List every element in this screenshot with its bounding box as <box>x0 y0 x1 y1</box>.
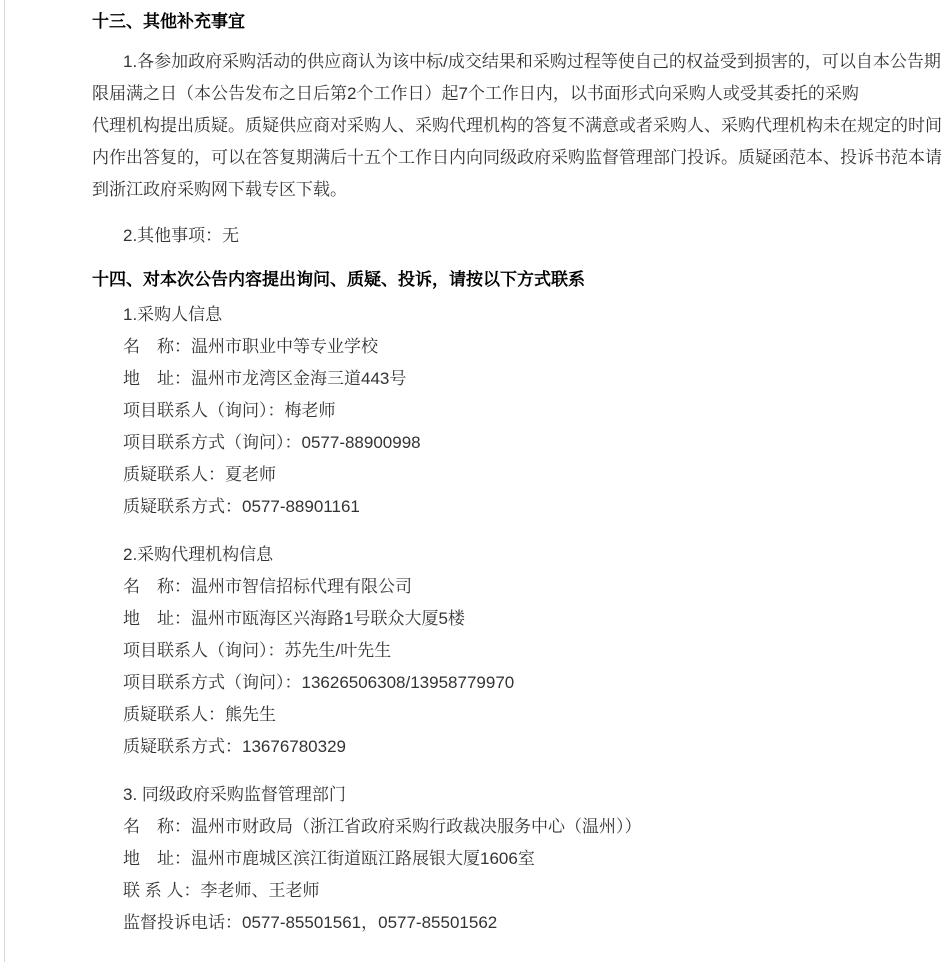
info-row-address: 地 址：温州市鹿城区滨江街道瓯江路展银大厦1606室 <box>92 843 947 875</box>
info-row-query-contact: 质疑联系人：熊先生 <box>92 699 947 731</box>
info-row-name: 名 称：温州市智信招标代理有限公司 <box>92 571 947 603</box>
paragraph-line: 内作出答复的，可以在答复期满后十五个工作日内向同级政府采购监督管理部门投诉。质疑… <box>92 142 947 174</box>
info-row-project-contact: 项目联系人（询问）：梅老师 <box>92 395 947 427</box>
info-row-complaint-phone: 监督投诉电话：0577-85501561，0577-85501562 <box>92 907 947 939</box>
purchaser-info-block: 1.采购人信息 名 称：温州市职业中等专业学校 地 址：温州市龙湾区金海三道44… <box>92 299 947 523</box>
block-heading: 3. 同级政府采购监督管理部门 <box>92 779 947 811</box>
section-13-paragraph: 1.各参加政府采购活动的供应商认为该中标/成交结果和采购过程等使自己的权益受到损… <box>92 46 947 206</box>
paragraph-line: 到浙江政府采购网下载专区下载。 <box>92 174 947 206</box>
info-row-query-contact: 质疑联系人：夏老师 <box>92 459 947 491</box>
info-row-project-phone: 项目联系方式（询问）：0577-88900998 <box>92 427 947 459</box>
other-items-line: 2.其他事项：无 <box>92 220 947 252</box>
info-row-query-phone: 质疑联系方式：0577-88901161 <box>92 491 947 523</box>
announcement-content: 十三、其他补充事宜 1.各参加政府采购活动的供应商认为该中标/成交结果和采购过程… <box>0 0 949 939</box>
info-row-query-phone: 质疑联系方式：13676780329 <box>92 731 947 763</box>
info-row-name: 名 称：温州市职业中等专业学校 <box>92 331 947 363</box>
block-heading: 2.采购代理机构信息 <box>92 539 947 571</box>
paragraph-line: 限届满之日（本公告发布之日后第2个工作日）起7个工作日内，以书面形式向采购人或受… <box>92 78 947 110</box>
supervisor-info-block: 3. 同级政府采购监督管理部门 名 称：温州市财政局（浙江省政府采购行政裁决服务… <box>92 779 947 939</box>
section-14-title: 十四、对本次公告内容提出询问、质疑、投诉，请按以下方式联系 <box>92 264 947 296</box>
agency-info-block: 2.采购代理机构信息 名 称：温州市智信招标代理有限公司 地 址：温州市瓯海区兴… <box>92 539 947 763</box>
section-13-title: 十三、其他补充事宜 <box>92 6 947 38</box>
info-row-contact-person: 联 系 人：李老师、王老师 <box>92 875 947 907</box>
info-row-project-contact: 项目联系人（询问）：苏先生/叶先生 <box>92 635 947 667</box>
paragraph-line: 1.各参加政府采购活动的供应商认为该中标/成交结果和采购过程等使自己的权益受到损… <box>92 46 947 78</box>
info-row-address: 地 址：温州市瓯海区兴海路1号联众大厦5楼 <box>92 603 947 635</box>
announcement-page: 十三、其他补充事宜 1.各参加政府采购活动的供应商认为该中标/成交结果和采购过程… <box>0 0 949 962</box>
block-heading: 1.采购人信息 <box>92 299 947 331</box>
info-row-address: 地 址：温州市龙湾区金海三道443号 <box>92 363 947 395</box>
info-row-project-phone: 项目联系方式（询问）：13626506308/13958779970 <box>92 667 947 699</box>
page-left-border <box>4 0 5 962</box>
paragraph-line: 代理机构提出质疑。质疑供应商对采购人、采购代理机构的答复不满意或者采购人、采购代… <box>92 110 947 142</box>
info-row-name: 名 称：温州市财政局（浙江省政府采购行政裁决服务中心（温州）） <box>92 811 947 843</box>
